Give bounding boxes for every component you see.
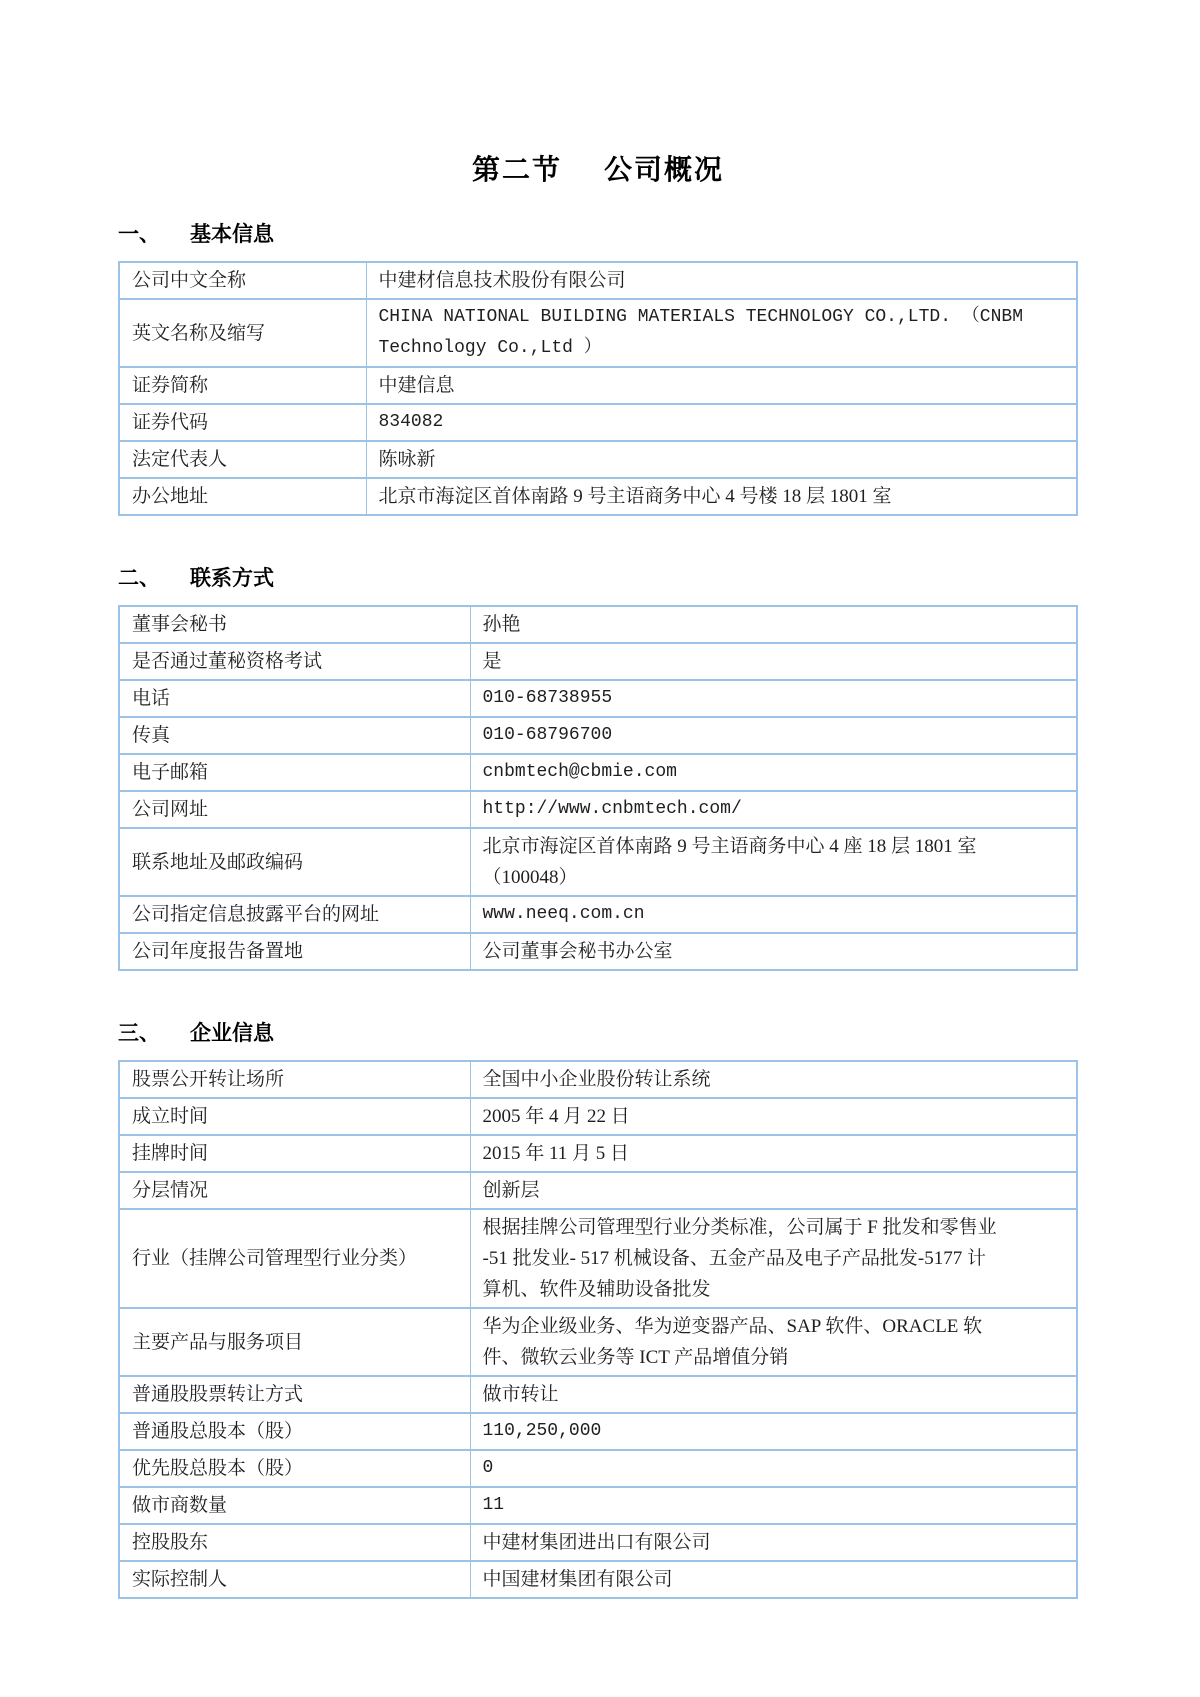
- page-title-text: 公司概况: [604, 154, 724, 185]
- table-row: 办公地址北京市海淀区首体南路 9 号主语商务中心 4 号楼 18 层 1801 …: [119, 478, 1077, 515]
- row-label: 是否通过董秘资格考试: [119, 643, 470, 680]
- row-label: 控股股东: [119, 1524, 470, 1561]
- row-label: 行业（挂牌公司管理型行业分类）: [119, 1209, 470, 1308]
- row-value: 2015 年 11 月 5 日: [470, 1135, 1077, 1172]
- page-title-section-number: 第二节: [472, 154, 562, 185]
- row-value: 中建材信息技术股份有限公司: [366, 262, 1077, 299]
- row-value: 中建信息: [366, 367, 1077, 404]
- row-value: 华为企业级业务、华为逆变器产品、SAP 软件、ORACLE 软 件、微软云业务等…: [470, 1308, 1077, 1376]
- row-label: 证券简称: [119, 367, 366, 404]
- document-page: 第二节公司概况 一、基本信息 公司中文全称中建材信息技术股份有限公司英文名称及缩…: [0, 0, 1200, 1697]
- section-number: 一、: [118, 223, 160, 246]
- row-label: 联系地址及邮政编码: [119, 828, 470, 896]
- row-label: 公司网址: [119, 791, 470, 828]
- row-value: 孙艳: [470, 606, 1077, 643]
- table-row: 普通股总股本（股）110,250,000: [119, 1413, 1077, 1450]
- row-value: 根据挂牌公司管理型行业分类标准，公司属于 F 批发和零售业 -51 批发业- 5…: [470, 1209, 1077, 1308]
- row-value: 创新层: [470, 1172, 1077, 1209]
- table-row: 联系地址及邮政编码北京市海淀区首体南路 9 号主语商务中心 4 座 18 层 1…: [119, 828, 1077, 896]
- row-value: 北京市海淀区首体南路 9 号主语商务中心 4 座 18 层 1801 室 （10…: [470, 828, 1077, 896]
- table-row: 法定代表人陈咏新: [119, 441, 1077, 478]
- row-label: 成立时间: [119, 1098, 470, 1135]
- table-row: 主要产品与服务项目华为企业级业务、华为逆变器产品、SAP 软件、ORACLE 软…: [119, 1308, 1077, 1376]
- table-row: 成立时间2005 年 4 月 22 日: [119, 1098, 1077, 1135]
- section-basic-info: 一、基本信息 公司中文全称中建材信息技术股份有限公司英文名称及缩写CHINA N…: [118, 218, 1078, 516]
- company-info-table: 股票公开转让场所全国中小企业股份转让系统成立时间2005 年 4 月 22 日挂…: [118, 1060, 1078, 1599]
- row-label: 分层情况: [119, 1172, 470, 1209]
- page-title: 第二节公司概况: [118, 148, 1078, 188]
- basic-info-table: 公司中文全称中建材信息技术股份有限公司英文名称及缩写CHINA NATIONAL…: [118, 261, 1078, 516]
- row-value: 11: [470, 1487, 1077, 1524]
- table-row: 公司中文全称中建材信息技术股份有限公司: [119, 262, 1077, 299]
- row-value: 全国中小企业股份转让系统: [470, 1061, 1077, 1098]
- section-contact-info: 二、联系方式 董事会秘书孙艳是否通过董秘资格考试是电话010-68738955传…: [118, 562, 1078, 971]
- row-label: 实际控制人: [119, 1561, 470, 1598]
- table-row: 英文名称及缩写CHINA NATIONAL BUILDING MATERIALS…: [119, 299, 1077, 367]
- row-label: 英文名称及缩写: [119, 299, 366, 367]
- row-label: 主要产品与服务项目: [119, 1308, 470, 1376]
- section-heading-label: 基本信息: [190, 223, 274, 246]
- row-value: www.neeq.com.cn: [470, 896, 1077, 933]
- row-value: 陈咏新: [366, 441, 1077, 478]
- row-label: 普通股总股本（股）: [119, 1413, 470, 1450]
- row-value: 中建材集团进出口有限公司: [470, 1524, 1077, 1561]
- section-heading-label: 企业信息: [190, 1022, 274, 1045]
- row-value: 中国建材集团有限公司: [470, 1561, 1077, 1598]
- table-row: 公司网址http://www.cnbmtech.com/: [119, 791, 1077, 828]
- table-row: 电子邮箱cnbmtech@cbmie.com: [119, 754, 1077, 791]
- section-heading-contact-info: 二、联系方式: [118, 562, 1078, 592]
- table-row: 股票公开转让场所全国中小企业股份转让系统: [119, 1061, 1077, 1098]
- table-row: 挂牌时间2015 年 11 月 5 日: [119, 1135, 1077, 1172]
- row-value: cnbmtech@cbmie.com: [470, 754, 1077, 791]
- row-value: 0: [470, 1450, 1077, 1487]
- row-label: 电话: [119, 680, 470, 717]
- row-label: 传真: [119, 717, 470, 754]
- section-heading-company-info: 三、企业信息: [118, 1017, 1078, 1047]
- row-value: 010-68738955: [470, 680, 1077, 717]
- table-row: 董事会秘书孙艳: [119, 606, 1077, 643]
- section-number: 二、: [118, 567, 160, 590]
- table-row: 普通股股票转让方式做市转让: [119, 1376, 1077, 1413]
- table-row: 做市商数量11: [119, 1487, 1077, 1524]
- section-company-info: 三、企业信息 股票公开转让场所全国中小企业股份转让系统成立时间2005 年 4 …: [118, 1017, 1078, 1599]
- table-row: 电话010-68738955: [119, 680, 1077, 717]
- row-label: 公司指定信息披露平台的网址: [119, 896, 470, 933]
- contact-info-table: 董事会秘书孙艳是否通过董秘资格考试是电话010-68738955传真010-68…: [118, 605, 1078, 971]
- section-number: 三、: [118, 1022, 160, 1045]
- row-value: CHINA NATIONAL BUILDING MATERIALS TECHNO…: [366, 299, 1077, 367]
- row-label: 公司年度报告备置地: [119, 933, 470, 970]
- row-label: 做市商数量: [119, 1487, 470, 1524]
- table-row: 公司指定信息披露平台的网址www.neeq.com.cn: [119, 896, 1077, 933]
- row-value: 2005 年 4 月 22 日: [470, 1098, 1077, 1135]
- section-heading-basic-info: 一、基本信息: [118, 218, 1078, 248]
- row-label: 证券代码: [119, 404, 366, 441]
- section-heading-label: 联系方式: [190, 567, 274, 590]
- row-label: 董事会秘书: [119, 606, 470, 643]
- row-value: 公司董事会秘书办公室: [470, 933, 1077, 970]
- row-label: 普通股股票转让方式: [119, 1376, 470, 1413]
- table-row: 是否通过董秘资格考试是: [119, 643, 1077, 680]
- table-row: 传真010-68796700: [119, 717, 1077, 754]
- row-label: 办公地址: [119, 478, 366, 515]
- row-label: 公司中文全称: [119, 262, 366, 299]
- table-row: 证券简称中建信息: [119, 367, 1077, 404]
- table-row: 实际控制人中国建材集团有限公司: [119, 1561, 1077, 1598]
- row-value: 110,250,000: [470, 1413, 1077, 1450]
- table-row: 优先股总股本（股）0: [119, 1450, 1077, 1487]
- row-label: 优先股总股本（股）: [119, 1450, 470, 1487]
- row-value: 010-68796700: [470, 717, 1077, 754]
- row-value: 北京市海淀区首体南路 9 号主语商务中心 4 号楼 18 层 1801 室: [366, 478, 1077, 515]
- row-value: 是: [470, 643, 1077, 680]
- row-label: 法定代表人: [119, 441, 366, 478]
- table-row: 控股股东中建材集团进出口有限公司: [119, 1524, 1077, 1561]
- row-label: 电子邮箱: [119, 754, 470, 791]
- table-row: 分层情况创新层: [119, 1172, 1077, 1209]
- row-value: 834082: [366, 404, 1077, 441]
- row-label: 股票公开转让场所: [119, 1061, 470, 1098]
- row-label: 挂牌时间: [119, 1135, 470, 1172]
- table-row: 证券代码834082: [119, 404, 1077, 441]
- row-value: http://www.cnbmtech.com/: [470, 791, 1077, 828]
- table-row: 公司年度报告备置地公司董事会秘书办公室: [119, 933, 1077, 970]
- row-value: 做市转让: [470, 1376, 1077, 1413]
- table-row: 行业（挂牌公司管理型行业分类）根据挂牌公司管理型行业分类标准，公司属于 F 批发…: [119, 1209, 1077, 1308]
